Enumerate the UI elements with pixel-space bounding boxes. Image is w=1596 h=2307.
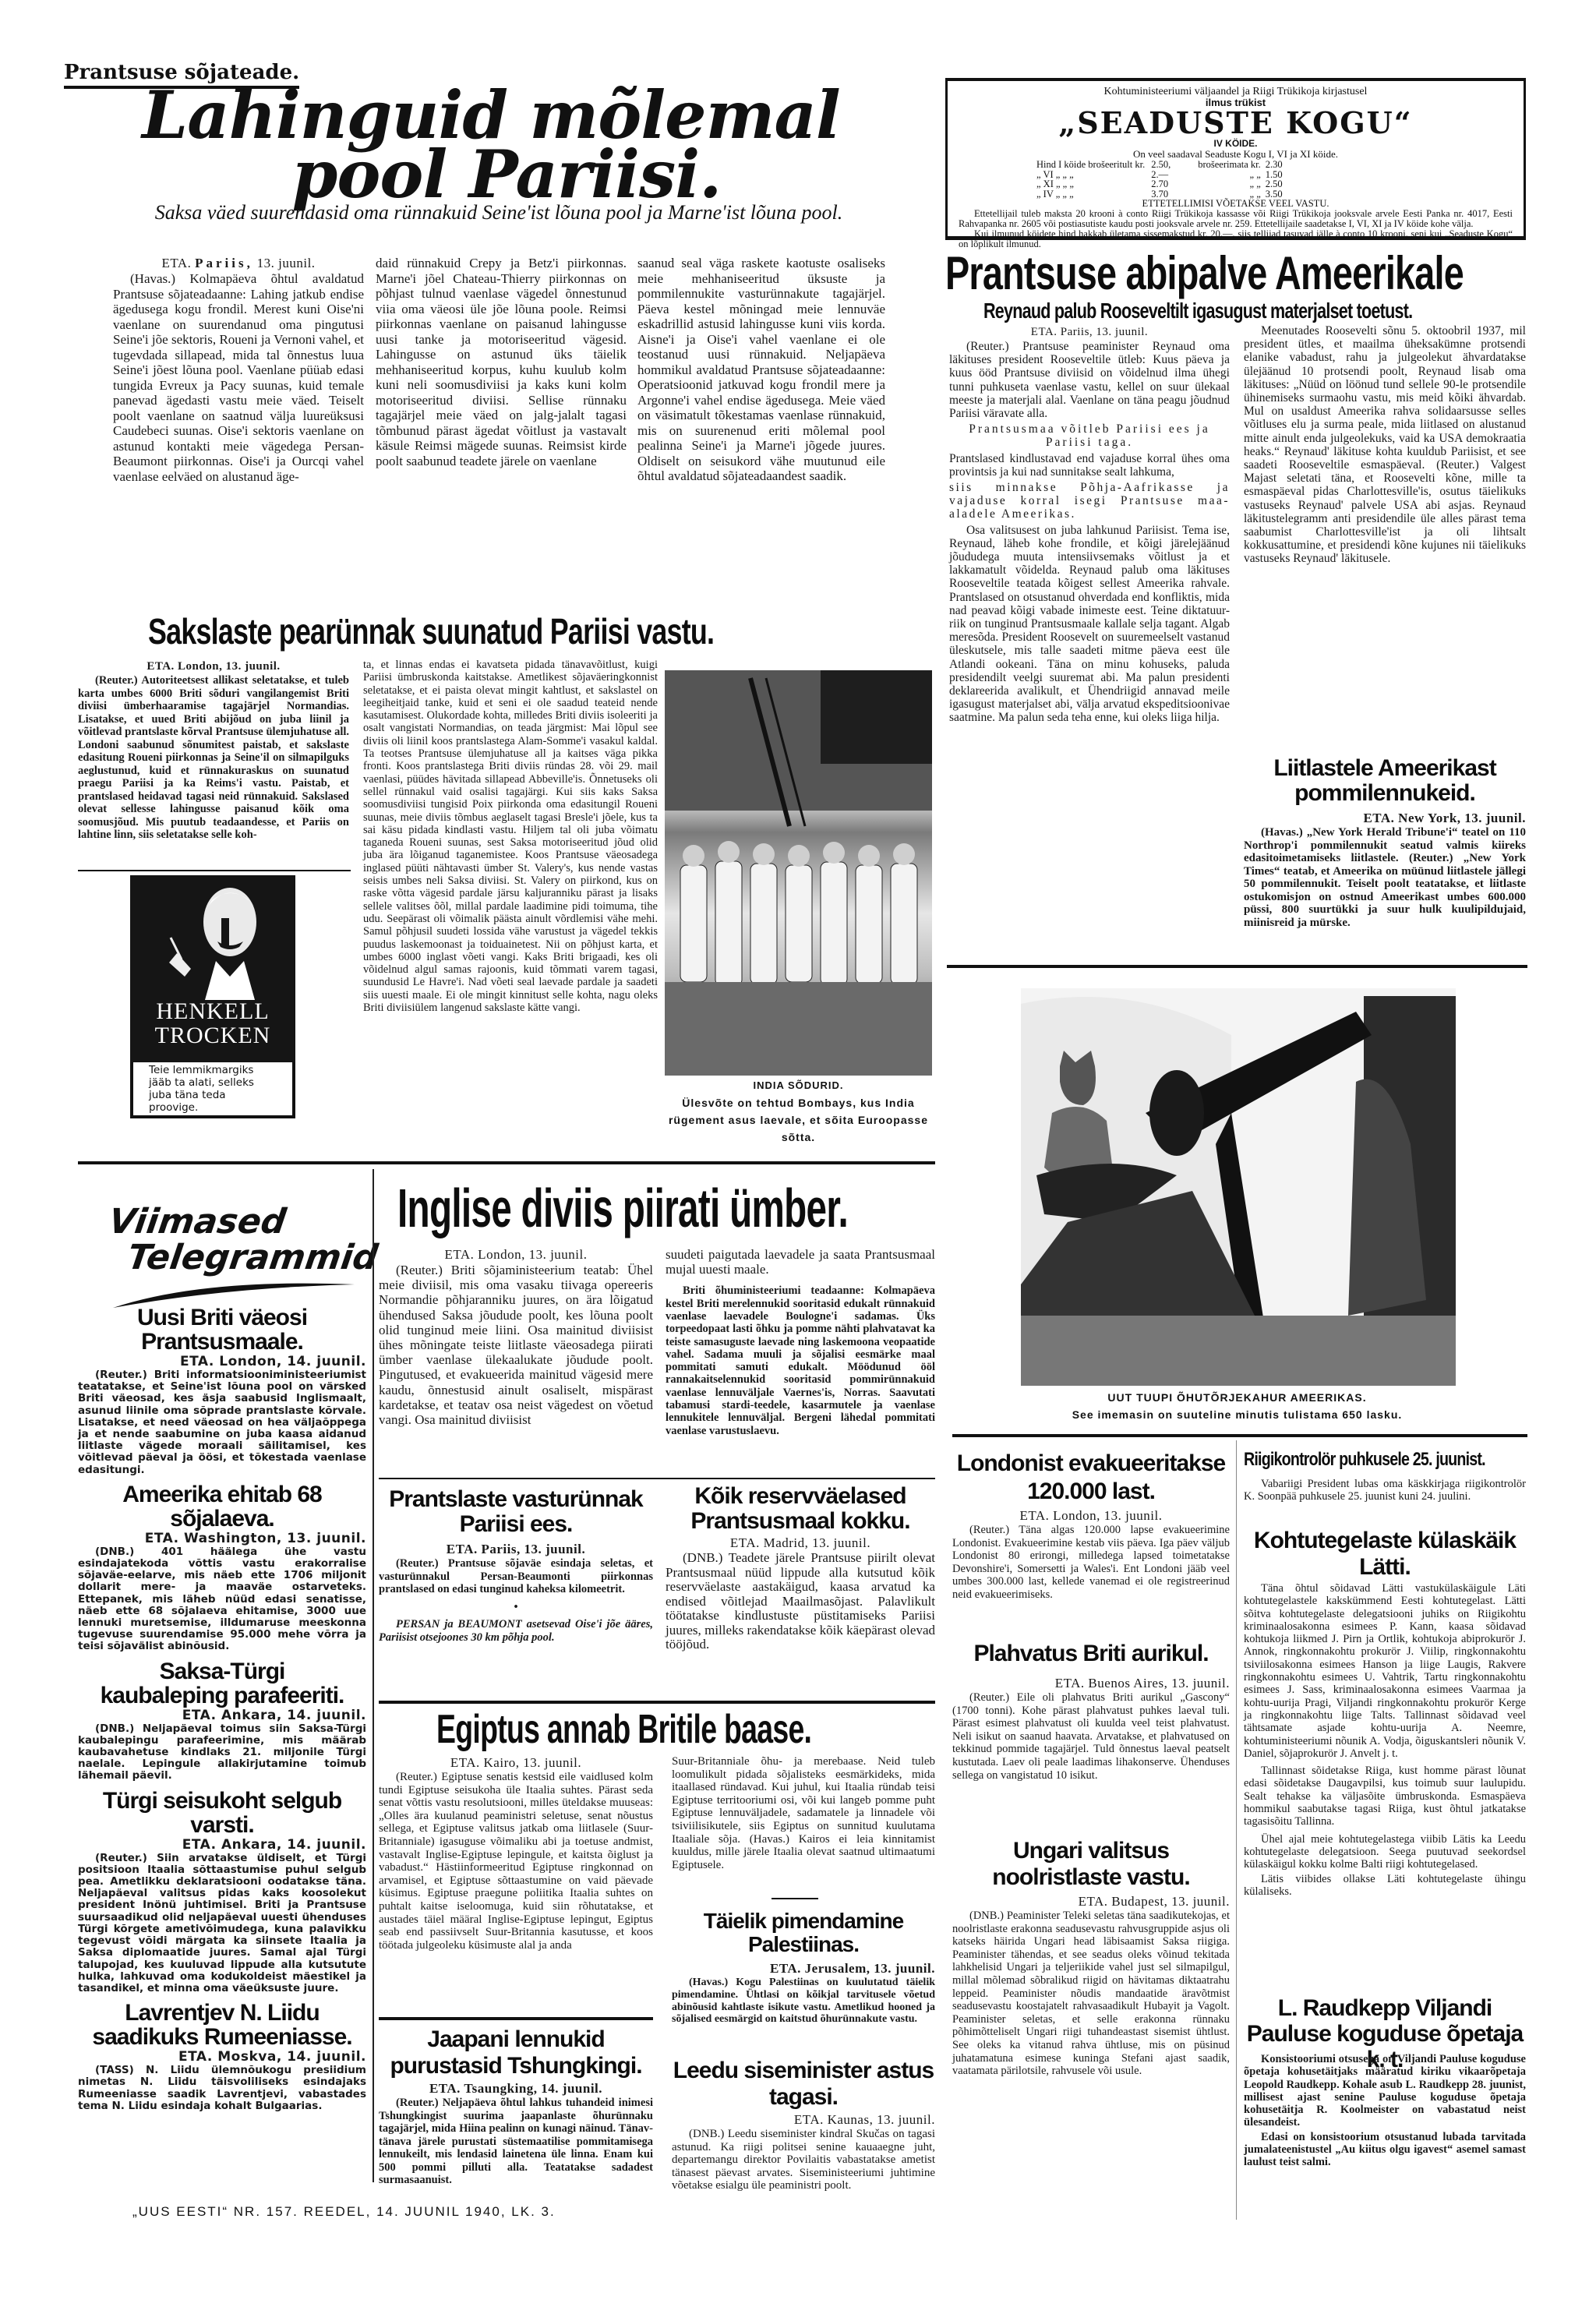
left-column-articles: Uusi Briti väeosi Prantsusmaale. ETA. Lo… — [78, 1305, 366, 2114]
vasturunnak-headline: Prantslaste vasturünnak Pariisi ees. — [379, 1487, 653, 1537]
pearunnak-column-2: ta, et linnas endas ei kavatseta pidada … — [363, 659, 658, 1016]
left-article-body: ETA. London, 14. juunil. (Reuter.) Briti… — [78, 1354, 366, 1476]
pearunnak-col2-text: ta, et linnas endas ei kavatseta pidada … — [363, 659, 658, 1014]
kohtutegelased-text-4: Lätis viibides ollakse Läti kohtutegelas… — [1244, 1873, 1526, 1899]
kohtutegelased-article: Täna õhtul sõidavad Lätti vastukülaskäig… — [1244, 1582, 1526, 1899]
left-article-text: (Reuter.) Briti informatsiooniministeeri… — [78, 1369, 366, 1476]
ad-title: „SEADUSTE KOGU“ — [959, 108, 1513, 138]
india-photo-caption: INDIA SÕDURID. Ülesvõte on tehtud Bombay… — [665, 1077, 932, 1146]
abipalve-col1c-text: Osa valitsusest on juba lahkunud Pariisi… — [949, 524, 1230, 725]
price-row: „ XI „ „ „2.70„ „2.50 — [1036, 179, 1283, 189]
reservvaelased-text: (DNB.) Teadete järele Prantsuse piirilt … — [666, 1551, 935, 1652]
raudkepp-text-1: Konsistooriumi otsusega on Viljandi Paul… — [1244, 2053, 1526, 2129]
gun-photo-caption: UUT TUUPI ÕHUTÕRJEKAHUR AMEERIKAS. See i… — [947, 1389, 1527, 1423]
egiptus-dateline: ETA. Kairo, 13. juunil. — [379, 1755, 653, 1771]
lead-dateline: ETA. Pariis, 13. juunil. — [113, 256, 364, 271]
egiptus-col1-text: (Reuter.) Egiptuse senatis kestsid eile … — [379, 1771, 653, 1952]
leedu-dateline: ETA. Kaunas, 13. juunil. — [672, 2112, 935, 2128]
left-article-text: (TASS) N. Liidu ülemnõukogu presiidium n… — [78, 2065, 366, 2112]
abipalve-spaced-2: siis minnakse Põhja-Aafrikasse ja vajadu… — [949, 481, 1230, 521]
abipalve-spaced-1: Prantsusmaa võitleb Pariisi ees ja Parii… — [949, 422, 1230, 449]
left-article-body: ETA. Ankara, 14. juunil. (DNB.) Neljapäe… — [78, 1708, 366, 1782]
india-caption-title: INDIA SÕDURID. — [665, 1077, 932, 1094]
kohtutegelased-text-2: Tallinnast sõidetakse Riiga, kust homme … — [1244, 1765, 1526, 1828]
lead-col1-text: (Havas.) Kolmapäeva õhtul avaldatud Pran… — [113, 271, 364, 484]
abipalve-headline: Prantsuse abipalve Ameerikale — [945, 248, 1526, 299]
pearunnak-col1-text: (Reuter.) Autoriteetsest allikast seleta… — [78, 674, 349, 842]
lead-col3-text: saanud seal väga raskete kaotuste osalis… — [637, 256, 885, 484]
reservvaelased-dateline: ETA. Madrid, 13. juunil. — [666, 1535, 935, 1551]
palestiina-headline: Täielik pimendamine Palestiinas. — [672, 1910, 935, 1956]
lead-subhead: Saksa väed suurendasid oma rünnakuid Sei… — [140, 201, 857, 224]
left-article-dateline: ETA. Ankara, 14. juunil. — [78, 1708, 366, 1723]
india-soldiers-photo — [665, 670, 932, 1076]
abipalve-col1b-text: Prantslased kindlustavad end vajaduse ko… — [949, 452, 1230, 479]
left-article-dateline: ETA. Moskva, 14. juunil. — [78, 2049, 366, 2065]
inglise-col2a-text: suudeti paigutada laevadele ja saata Pra… — [666, 1247, 935, 1277]
left-article-headline: Türgi seisukoht selgub varsti. — [78, 1789, 366, 1837]
londonist-headline: Londonist evakueeritakse 120.000 last. — [952, 1450, 1230, 1506]
pommilennukid-headline: Liitlastele Ameerikast pommilennukeid. — [1244, 756, 1526, 806]
divider — [379, 2017, 653, 2020]
column-divider — [1236, 1440, 1237, 2220]
henkell-ad: HENKELL TROCKEN — [130, 875, 295, 1062]
divider — [78, 1161, 935, 1164]
gun-caption-title: UUT TUUPI ÕHUTÕRJEKAHUR AMEERIKAS. — [947, 1389, 1527, 1406]
column-divider — [373, 1169, 374, 2182]
left-article-body: ETA. Ankara, 14. juunil. (Reuter.) Siin … — [78, 1837, 366, 1994]
londonist-article: ETA. London, 13. juunil. (Reuter.) Täna … — [952, 1508, 1230, 1603]
left-article-headline: Uusi Briti väeosi Prantsusmaale. — [78, 1305, 366, 1354]
lead-column-2: daid rünnakuid Crepy ja Betz'i piirkonna… — [376, 256, 627, 470]
divider — [379, 1701, 935, 1704]
raudkepp-text-2: Edasi on konsistoorium otsustanud lubada… — [1244, 2131, 1526, 2169]
jaapani-headline: Jaapani lennukid purustasid Tshungkingi. — [379, 2026, 653, 2079]
egiptus-column-2: Suur-Britanniale õhu- ja merebaase. Neid… — [672, 1755, 935, 1873]
plahvatus-article: ETA. Buenos Aires, 13. juunil. (Reuter.)… — [952, 1676, 1230, 1783]
abipalve-col1-text: (Reuter.) Prantsuse peaminister Reynaud … — [949, 340, 1230, 420]
inglise-col2b-text: Briti õhuministeeriumi teadaanne: Kolmap… — [666, 1284, 935, 1437]
left-article-body: ETA. Moskva, 14. juunil. (TASS) N. Liidu… — [78, 2049, 366, 2112]
viimased-title-line1: Viimased — [107, 1204, 376, 1240]
ad-volume: IV KÖIDE. — [959, 138, 1513, 149]
plahvatus-dateline: ETA. Buenos Aires, 13. juunil. — [952, 1676, 1230, 1691]
inglise-diviis-headline: Inglise diviis piirati ümber. — [397, 1178, 874, 1238]
gun-photo-illustration — [1021, 988, 1456, 1386]
londonist-text: (Reuter.) Täna algas 120.000 lapse evaku… — [952, 1524, 1230, 1602]
egiptus-col2-text: Suur-Britanniale õhu- ja merebaase. Neid… — [672, 1755, 935, 1871]
egiptus-headline: Egiptus annab Britile baase. — [436, 1707, 885, 1752]
india-caption-text: Ülesvõte on tehtud Bombays, kus India rü… — [665, 1094, 932, 1146]
lead-headline: Lahinguid mõlemal pool Pariisi. — [117, 86, 865, 204]
gun-caption-text: See imemasin on suuteline minutis tulist… — [947, 1406, 1527, 1423]
inglise-diviis-column-1: ETA. London, 13. juunil. (Reuter.) Briti… — [379, 1247, 653, 1429]
abipalve-dateline: ETA. Pariis, 13. juunil. — [949, 324, 1230, 340]
kohtutegelased-text-1: Täna õhtul sõidavad Lätti vastukülaskäig… — [1244, 1582, 1526, 1760]
riigikontrolor-article: Vabariigi President lubas oma käskkirjag… — [1244, 1478, 1526, 1504]
leedu-article: ETA. Kaunas, 13. juunil. (DNB.) Leedu si… — [672, 2112, 935, 2194]
pearunnak-headline: Sakslaste pearünnak suunatud Pariisi vas… — [148, 612, 877, 651]
viimased-title-line2: Telegrammid — [107, 1240, 376, 1276]
jaapani-dateline: ETA. Tsaungking, 14. juunil. — [379, 2081, 653, 2097]
plahvatus-headline: Plahvatus Briti aurikul. — [952, 1641, 1230, 1666]
abipalve-subhead: Reynaud palub Rooseveltilt igasugust mat… — [983, 299, 1524, 323]
divider — [947, 965, 1527, 968]
seadused-ad-box: Kohtuministeeriumi väljaandel ja Riigi T… — [945, 78, 1526, 240]
ungari-text: (DNB.) Peaminister Teleki seletas täna s… — [952, 1910, 1230, 2078]
inglise-diviis-column-2: suudeti paigutada laevadele ja saata Pra… — [666, 1247, 935, 1439]
ungari-headline: Ungari valitsus noolristlaste vastu. — [952, 1838, 1230, 1891]
pearunnak-column-1: ETA. London, 13. juunil. (Reuter.) Autor… — [78, 659, 349, 843]
page-footer: „UUS EESTI“ NR. 157. REEDEL, 14. JUUNIL … — [132, 2204, 556, 2220]
divider — [772, 1898, 818, 1899]
kohtutegelased-text-3: Ühel ajal meie kohtutegelastega viibib L… — [1244, 1833, 1526, 1871]
vasturunnak-note: PERSAN ja BEAUMONT asetsevad Oise'i jõe … — [379, 1618, 653, 1644]
henkell-brand-line1: HENKELL — [130, 1000, 295, 1023]
vasturunnak-article: ETA. Pariis, 13. juunil. (Reuter.) Prant… — [379, 1542, 653, 1645]
india-photo-illustration — [665, 670, 932, 1076]
palestiina-text: (Havas.) Kogu Palestiinas on kuulutatud … — [672, 1977, 935, 2026]
vasturunnak-text: (Reuter.) Prantsuse sõjaväe esindaja sel… — [379, 1557, 653, 1596]
riigikontrolor-headline: Riigikontrolör puhkusele 25. juunist. — [1244, 1450, 1538, 1470]
henkell-slogan: Teie lemmikmargiks jääb ta alati, sellek… — [149, 1064, 254, 1114]
lead-column-3: saanud seal väga raskete kaotuste osalis… — [637, 256, 885, 486]
palestiina-article: ETA. Jerusalem, 13. juunil. (Havas.) Kog… — [672, 1961, 935, 2027]
egiptus-column-1: ETA. Kairo, 13. juunil. (Reuter.) Egiptu… — [379, 1755, 653, 1953]
divider — [379, 1478, 935, 1479]
raudkepp-article: Konsistooriumi otsusega on Viljandi Paul… — [1244, 2053, 1526, 2171]
bullet-icon: • — [379, 1601, 653, 1614]
riigikontrolor-text: Vabariigi President lubas oma käskkirjag… — [1244, 1478, 1526, 1503]
viimased-telegrammid-logo: Viimased Telegrammid — [109, 1204, 374, 1298]
henkell-slogan-box: Teie lemmikmargiks jääb ta alati, sellek… — [130, 1062, 295, 1118]
abipalve-column-1: ETA. Pariis, 13. juunil. (Reuter.) Prant… — [949, 324, 1230, 726]
left-article-text: (DNB.) 401 häälega ühe vastu esindajatek… — [78, 1546, 366, 1653]
leedu-text: (DNB.) Leedu siseminister kindral Skučas… — [672, 2128, 935, 2192]
anti-aircraft-gun-photo — [1021, 988, 1456, 1386]
left-article-dateline: ETA. Ankara, 14. juunil. — [78, 1837, 366, 1853]
left-article-dateline: ETA. London, 14. juunil. — [78, 1354, 366, 1369]
left-article-text: (Reuter.) Siin arvatakse üldiselt, et Tü… — [78, 1853, 366, 1994]
lead-col2-text: daid rünnakuid Crepy ja Betz'i piirkonna… — [376, 256, 627, 468]
abipalve-col2-text: Meenutades Roosevelti sõnu 5. oktoobril … — [1244, 324, 1526, 566]
pommilennukid-dateline: ETA. New York, 13. juunil. — [1244, 811, 1526, 826]
pommilennukid-text: (Havas.) „New York Herald Tribune'i“ tea… — [1244, 826, 1526, 929]
divider — [952, 1434, 1527, 1437]
ungari-article: ETA. Budapest, 13. juunil. (DNB.) Peamin… — [952, 1894, 1230, 2079]
left-article-headline: Ameerika ehitab 68 sõjalaeva. — [78, 1482, 366, 1531]
henkell-brand-line2: TROCKEN — [130, 1023, 295, 1048]
londonist-dateline: ETA. London, 13. juunil. — [952, 1508, 1230, 1524]
ad-intro: Kohtuministeeriumi väljaandel ja Riigi T… — [959, 86, 1513, 97]
left-article-headline: Lavrentjev N. Liidu saadikuks Rumeeniass… — [78, 2001, 366, 2049]
left-article-dateline: ETA. Washington, 13. juunil. — [78, 1531, 366, 1546]
left-article-body: ETA. Washington, 13. juunil. (DNB.) 401 … — [78, 1531, 366, 1653]
ungari-dateline: ETA. Budapest, 13. juunil. — [952, 1894, 1230, 1910]
jaapani-text: (Reuter.) Neljapäeva õhtul lahkus tuhand… — [379, 2097, 653, 2187]
left-article-text: (DNB.) Neljapäeval toimus siin Saksa-Tür… — [78, 1723, 366, 1782]
leedu-headline: Leedu siseminister astus tagasi. — [672, 2058, 935, 2111]
pommilennukid-article: ETA. New York, 13. juunil. (Havas.) „New… — [1244, 811, 1526, 931]
plahvatus-text: (Reuter.) Eile oli plahvatus Briti aurik… — [952, 1691, 1230, 1782]
inglise-diviis-dateline: ETA. London, 13. juunil. — [379, 1247, 653, 1263]
reservvaelased-headline: Kõik reservväelased Prantsusmaal kokku. — [666, 1484, 935, 1534]
vasturunnak-dateline: ETA. Pariis, 13. juunil. — [379, 1542, 653, 1557]
divider — [78, 870, 351, 871]
kohtutegelased-headline: Kohtutegelaste külaskäik Lätti. — [1244, 1528, 1526, 1581]
price-row: Hind I köide brošeeritult kr.2.50,brošee… — [1036, 160, 1283, 170]
abipalve-column-2: Meenutades Roosevelti sõnu 5. oktoobril … — [1244, 324, 1526, 567]
ad-body-1: Ettetellijail tuleb maksta 20 krooni à c… — [959, 209, 1513, 229]
jaapani-article: ETA. Tsaungking, 14. juunil. (Reuter.) N… — [379, 2081, 653, 2189]
ad-available: On veel saadaval Seaduste Kogu I, VI ja … — [959, 149, 1513, 160]
ad-price-table: Hind I köide brošeeritult kr.2.50,brošee… — [1036, 160, 1283, 199]
lead-headline-line2: pool Pariisi. — [117, 145, 865, 204]
left-article-headline: Saksa-Türgi kaubaleping parafeeriti. — [78, 1659, 366, 1708]
henkell-gentleman-illustration — [130, 875, 295, 1000]
pearunnak-dateline: ETA. London, 13. juunil. — [78, 659, 349, 674]
inglise-col1-text: (Reuter.) Briti sõjaministeerium teatab:… — [379, 1263, 653, 1427]
palestiina-dateline: ETA. Jerusalem, 13. juunil. — [672, 1961, 935, 1977]
reservvaelased-article: ETA. Madrid, 13. juunil. (DNB.) Teadete … — [666, 1535, 935, 1654]
lead-column-1: ETA. Pariis, 13. juunil. (Havas.) Kolmap… — [113, 256, 364, 486]
